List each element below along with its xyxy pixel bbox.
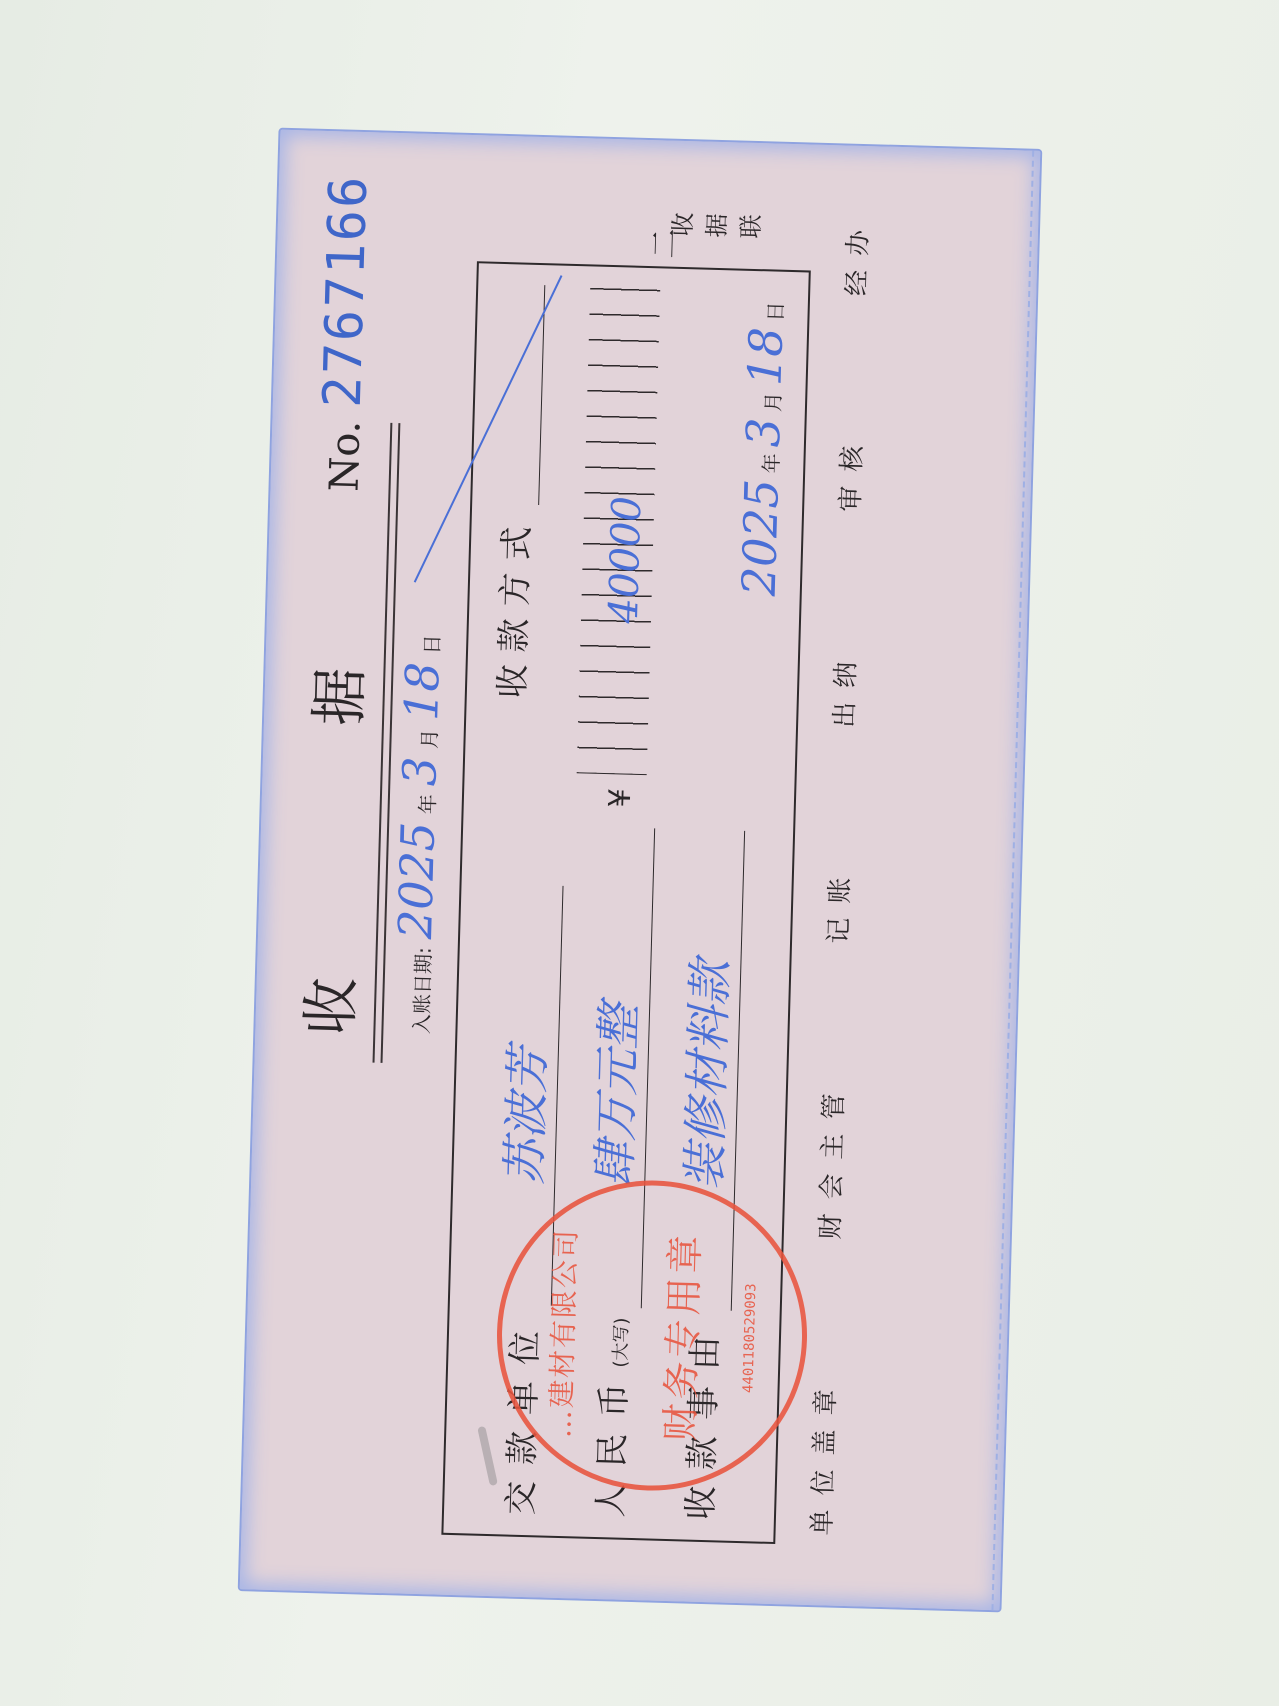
- signed-day: 18: [738, 327, 794, 387]
- sig-bookkeeper: 记账: [818, 863, 857, 944]
- stamp-code: 4401180529093: [739, 1228, 761, 1448]
- copy-label: 收据联: [670, 209, 773, 247]
- amount-figures-value: 40000: [601, 496, 651, 624]
- title-char: 收: [283, 976, 369, 1036]
- day-unit: 日: [416, 634, 446, 655]
- sig-reviewer: 审核: [830, 431, 869, 512]
- date-month: 3: [392, 756, 447, 787]
- year-unit: 年: [411, 794, 441, 815]
- date-year: 2025: [388, 821, 445, 940]
- signed-year: 2025: [732, 478, 789, 597]
- amount-words-value: 肆万元整: [578, 1002, 649, 1188]
- receipt-title: 收 据: [280, 540, 381, 1162]
- title-char: 据: [292, 666, 378, 726]
- receipt-photo: 收 据 No. 2767166 入账日期: 2025 年 3 月 18 日 交款…: [240, 130, 1040, 1611]
- serial-number: No. 2767166: [310, 174, 379, 493]
- stamp-company: …建材有限公司: [538, 1202, 585, 1463]
- signed-month-unit: 月: [757, 392, 787, 413]
- payment-method: 收款方式: [485, 284, 546, 699]
- serial-prefix: No.: [321, 420, 369, 492]
- date-day: 18: [394, 661, 450, 721]
- signed-month: 3: [736, 417, 791, 448]
- sig-unit-seal: 单位盖章: [802, 1375, 843, 1536]
- sig-cashier: 出纳: [824, 647, 863, 728]
- month-unit: 月: [413, 729, 443, 750]
- serial-value: 2767166: [313, 174, 379, 409]
- amount-digit-cells: 40000: [577, 286, 661, 775]
- sig-finance-manager: 财会主管: [810, 1079, 851, 1240]
- yen-symbol: ¥: [603, 788, 647, 808]
- date-label: 入账日期:: [405, 947, 436, 1035]
- stamp-seal-type: 财务专用章: [649, 1216, 711, 1457]
- reason-value: 装修材料款: [668, 959, 740, 1191]
- entry-date: 入账日期: 2025 年 3 月 18 日: [385, 633, 450, 1034]
- payment-method-label: 收款方式: [485, 514, 539, 699]
- payer-value: 苏波芳: [488, 1046, 558, 1186]
- signed-day-unit: 日: [759, 301, 789, 322]
- signed-date: 2025 年 3 月 18 日: [732, 301, 794, 597]
- signed-year-unit: 年: [755, 453, 785, 474]
- sig-handler: 经办: [836, 215, 875, 296]
- amount-figures: ¥ 40000: [566, 286, 660, 808]
